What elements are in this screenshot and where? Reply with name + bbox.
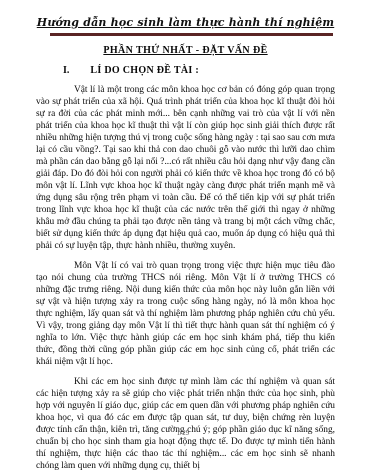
body-paragraph-1: Vật lí là một trong các môn khoa học cơ …	[36, 84, 335, 252]
section-heading: I. LÍ DO CHỌN ĐỀ TÀI :	[36, 65, 335, 76]
document-page: Hướng dẫn học sinh làm thực hành thí ngh…	[0, 0, 366, 473]
document-title-text: PHẦN THỨ NHẤT - ĐẶT VẤN ĐỀ	[103, 45, 267, 56]
document-title: PHẦN THỨ NHẤT - ĐẶT VẤN ĐỀ	[36, 45, 335, 56]
document-body: Vật lí là một trong các môn khoa học cơ …	[36, 84, 335, 472]
header-divider-rule	[50, 33, 333, 36]
page-header: Hướng dẫn học sinh làm thực hành thí ngh…	[36, 13, 335, 31]
body-paragraph-3: Khi các em học sinh được tự mình làm các…	[36, 376, 335, 472]
body-paragraph-2: Môn Vật lí có vai trò quan trọng trong v…	[36, 260, 335, 368]
page-number: 1/29	[177, 429, 189, 437]
section-number: I.	[63, 65, 69, 76]
running-header-title: Hướng dẫn học sinh làm thực hành thí ngh…	[37, 16, 334, 29]
section-label: LÍ DO CHỌN ĐỀ TÀI :	[90, 65, 199, 76]
page-footer: 1/29	[0, 429, 366, 437]
